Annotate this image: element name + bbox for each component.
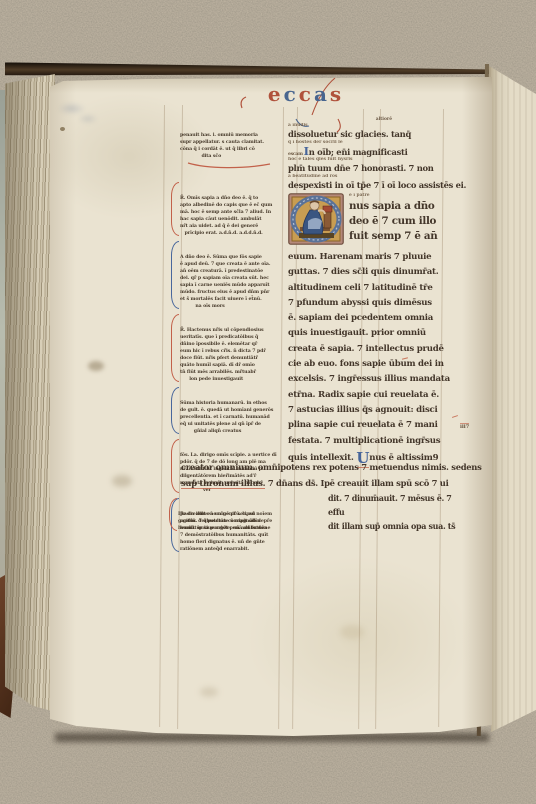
running-title: eccas: [250, 83, 362, 105]
gloss-block-text: Ip̄e creauit eā unigenitū. b. ad noīem g…: [178, 512, 272, 531]
interlinear-gloss: ā īnudis: [288, 123, 470, 129]
blue-bracket-flourish: [171, 387, 179, 434]
wisdom-text-line: plm̄ tuum dn̄e 7 honorasti. 7 non: [288, 163, 470, 174]
manuscript-photo: eccas penauit has. i. omniū memoria supr…: [0, 0, 536, 804]
red-underlined-phrase: sup̄ thronum illius.: [181, 478, 265, 489]
stain: [340, 625, 364, 639]
facing-page-sliver: [489, 64, 536, 734]
running-title-letter: s: [330, 82, 344, 106]
red-bracket-flourish: [171, 439, 179, 493]
text-line: creator omnium. omn̄ipotens rex potens 7…: [181, 460, 475, 476]
body-text: euum. Harenam maris 7 pluuie guttas. 7 d…: [288, 250, 470, 449]
interlinear-gloss: hoc ē talēs q̄les fuit hysr̄is: [288, 157, 470, 163]
red-bracket-flourish: [171, 182, 179, 236]
running-title-letter: c: [299, 82, 314, 106]
text-line: hoc ē talēs q̄les fuit hysr̄is plm̄ tuum…: [288, 157, 470, 174]
gloss-block: penauit has. i. omniū memoria supr appel…: [180, 125, 281, 178]
wisdom-text-line: dissoluetur sic glacies. tanq̄: [288, 129, 470, 140]
illuminated-initial-O: O: [288, 193, 344, 245]
margin-note: ill7: [460, 423, 469, 430]
interlinear-gloss: ā beatitudine ad r̄os: [288, 174, 470, 180]
manuscript-page: eccas penauit has. i. omniū memoria supr…: [50, 77, 492, 740]
incipit-lines: nus sapia a dn̄o deo ē 7 cum illo fuit s…: [349, 199, 470, 244]
stain: [112, 475, 132, 487]
running-title-letter: e: [268, 82, 284, 106]
text-line: ā beatitudine ad r̄os despexisti in oī t…: [288, 174, 470, 191]
ink-showthrough: [58, 95, 104, 129]
gloss-block: R̄. Hactenus nr̄is ul cōpendiosius uerit…: [180, 313, 281, 383]
fullwidth-text: creator omnium. omn̄ipotens rex potens 7…: [181, 460, 475, 491]
interlinear-gloss: ē ī patre: [349, 193, 470, 199]
running-title-letter: c: [284, 82, 299, 106]
ruled-line: [159, 105, 165, 727]
text-line: ā īnudis dissoluetur sic glacies. tanq̄: [288, 123, 470, 140]
stain: [200, 687, 218, 697]
gloss-block-text: Sūma historia humanarū. in ethos de gult…: [180, 401, 273, 434]
red-bracket-flourish: [171, 314, 179, 382]
text-line: q̄ ī hostēs der̄ socr̄ii le escamIn oīb;…: [288, 140, 470, 157]
incipit-row: O ē ī patre nus sapia a dn̄o deo ē 7 cum…: [288, 193, 470, 247]
gloss-block-text: A dn̄o deo ē. Sūma que fōs sapie ē apud …: [180, 255, 270, 309]
red-flourish-underline: [186, 161, 272, 169]
blue-bracket-flourish: [171, 241, 179, 309]
gloss-block-text: R̄. Hactenus nr̄is ul cōpendiosius uerit…: [180, 328, 266, 382]
running-title-letter: a: [314, 82, 330, 106]
gloss-block-text: penauit has. i. omniū memoria supr appel…: [180, 133, 264, 159]
red-bracket-flourish: [169, 498, 177, 531]
tail-text: dit. 7 dinum̄auit. 7 mēsus ē. 7 effu dit…: [328, 491, 470, 533]
interlinear-gloss: q̄ ī hostēs der̄ socr̄ii le: [288, 140, 470, 146]
main-text-column: altiorē ā īnudis dissoluetur sic glacies…: [288, 117, 470, 465]
gloss-block: R̄. Omīs sapia a dn̄o deo ē. q̄ to apto …: [180, 181, 281, 237]
incipit-text: ē ī patre nus sapia a dn̄o deo ē 7 cum i…: [349, 193, 470, 244]
gloss-block-text: R̄. Omīs sapia a dn̄o deo ē. q̄ to apto …: [180, 196, 272, 236]
gloss-block: Sūma historia humanarū. in ethos de gult…: [180, 386, 281, 435]
page-stack-edges: [5, 74, 55, 712]
bottom-gloss-block: Ip̄e creauit eā unigenitū. b. ad noīem g…: [178, 497, 318, 535]
stain: [88, 361, 104, 371]
gloss-block: A dn̄o deo ē. Sūma que fōs sapie ē apud …: [180, 240, 281, 310]
gloss-column: penauit has. i. omniū memoria supr appel…: [180, 125, 281, 556]
wisdom-text-line: despexisti in oī tp̄e 7 ī oī loco assist…: [288, 180, 470, 191]
stain: [60, 127, 65, 131]
text-line: sup̄ thronum illius. 7 dn̄ans ds̄. Ipē c…: [181, 476, 475, 492]
